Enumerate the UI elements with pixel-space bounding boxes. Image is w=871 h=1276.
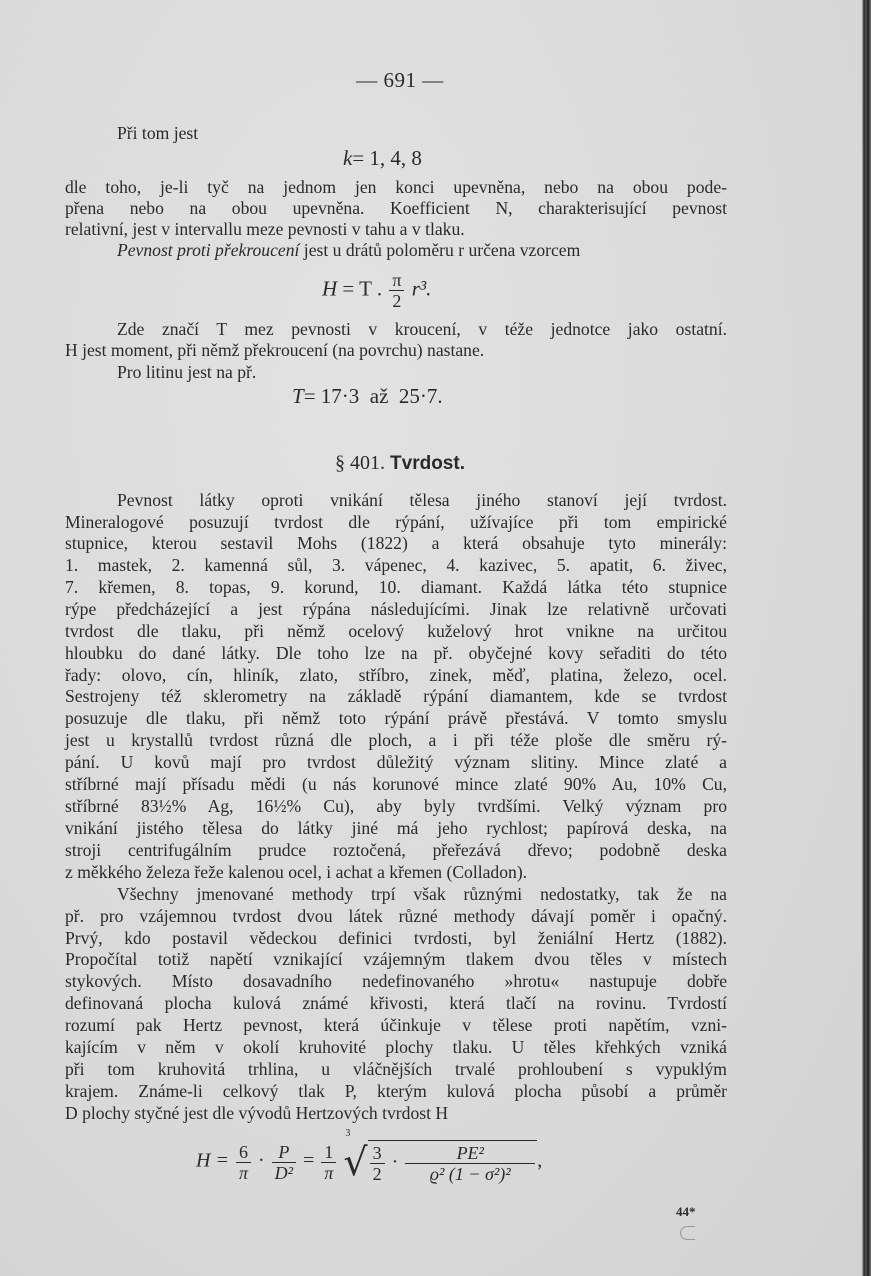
body-line: stříbrné mají přísadu mědi (u nás koruno… [65, 774, 727, 795]
equation-H-lhs: H [322, 276, 337, 300]
body-line: řady: olovo, cín, hliník, zlato, stříbro… [65, 665, 727, 686]
body-line: tvrdost dle tlaku, při němž ocelový kuže… [65, 621, 727, 642]
body-line: Sestrojeny též sklerometry na základě rý… [65, 686, 727, 707]
section-number: § 401. [335, 452, 385, 474]
page-edge [862, 0, 871, 1276]
body-line: krajem. Známe-li celkový tlak P, kterým … [65, 1081, 727, 1102]
equation-k: k= 1, 4, 8 [343, 146, 422, 171]
cube-root: 3√ 32 · PE²ϱ² (1 − σ²)² [343, 1140, 537, 1184]
fraction-denominator: D² [272, 1163, 296, 1183]
equation-T-rhs: = 17·3 až 25·7. [304, 384, 443, 408]
fraction-numerator: π [389, 270, 404, 291]
signature-mark: 44* [676, 1204, 696, 1220]
equation-H-fraction: π 2 [389, 270, 404, 311]
body-line: Prvý, kdo postavil vědeckou definici tvr… [65, 928, 727, 949]
fraction-denominator: 2 [389, 291, 404, 311]
equation-T-lhs: T [292, 384, 304, 408]
section-title: Tvrdost. [390, 453, 465, 474]
body-line: Mineralogové posuzují tvrdost dle rýpání… [65, 512, 727, 533]
hertz-fraction-1: 6π [236, 1142, 251, 1183]
fraction-denominator: π [236, 1163, 251, 1183]
equation-k-rhs: = 1, 4, 8 [352, 146, 422, 170]
paragraph1-line: přena nebo na obou upevněna. Koefficient… [65, 198, 727, 219]
hertz-tail: , [537, 1150, 542, 1172]
body-line: při tom kruhovitá trhlina, u vláčnějších… [65, 1059, 727, 1080]
body-line: stříbrné 83½% Ag, 16½% Cu), aby byly tvr… [65, 796, 727, 817]
body-line: 1. mastek, 2. kamenná sůl, 3. vápenec, 4… [65, 555, 727, 576]
section-heading: § 401. Tvrdost. [0, 452, 800, 475]
fraction-numerator: P [272, 1142, 296, 1163]
body-line: stupnice, kterou sestavil Mohs (1822) a … [65, 533, 727, 554]
equation-H: H = T . π 2 r³. [322, 270, 431, 311]
equation-T: T= 17·3 až 25·7. [292, 384, 443, 409]
paragraph3-line: Zde značí T mez pevnosti v kroucení, v t… [117, 319, 727, 340]
page-number: — 691 — [0, 68, 800, 93]
fraction-numerator: 1 [321, 1142, 336, 1163]
body-line: kajícím v něm v okolí kruhovité plochy t… [65, 1037, 727, 1058]
hertz-dot: · [392, 1151, 399, 1173]
body-line: pání. U kovů mají pro tvrdost důležitý v… [65, 752, 727, 773]
paragraph4: Pro litinu jest na př. [117, 362, 727, 383]
paragraph2-italic: Pevnost proti překroucení [117, 240, 299, 260]
equation-H-tail: r³. [412, 276, 432, 300]
body-line: hloubku do dané látky. Dle toho lze na p… [65, 643, 727, 664]
body-line: Všechny jmenované methody trpí však různ… [117, 884, 727, 905]
body-line: definovaná plocha kulová známé křivosti,… [65, 993, 727, 1014]
root-index: 3 [345, 1128, 350, 1139]
scanned-page: — 691 — Při tom jest k= 1, 4, 8 dle toho… [0, 0, 862, 1276]
body-line: jest u krystallů tvrdost různá dle ploch… [65, 730, 727, 751]
pencil-mark [680, 1226, 695, 1240]
body-line: z měkkého železa řeže kalenou ocel, i ac… [65, 862, 727, 883]
hertz-equals: = [303, 1150, 314, 1172]
body-line: stykových. Místo dosavadního nedefinovan… [65, 971, 727, 992]
hertz-fraction-2: PD² [272, 1142, 296, 1183]
hertz-fraction-3: 1π [321, 1142, 336, 1183]
equation-k-lhs: k [343, 146, 352, 170]
radical-sign-icon: √ [343, 1140, 367, 1184]
body-line: 7. křemen, 8. topas, 9. korund, 10. diam… [65, 577, 727, 598]
hertz-lhs: H = [196, 1150, 229, 1172]
hertz-fraction-5: PE²ϱ² (1 − σ²)² [405, 1143, 535, 1184]
body-line: rozumí pak Hertz pevnost, která účinkuje… [65, 1015, 727, 1036]
radicand: 32 · PE²ϱ² (1 − σ²)² [368, 1140, 538, 1184]
body-line: Pevnost látky oproti vnikání tělesa jiné… [117, 490, 727, 511]
body-line: vnikání jistého tělesa do látky jiné má … [65, 818, 727, 839]
paragraph2-rest: jest u drátů poloměru r určena vzorcem [299, 240, 580, 260]
paragraph3-line: H jest moment, při němž překroucení (na … [65, 340, 727, 361]
equation-hertz: H = 6π · PD² = 1π 3√ 32 · PE²ϱ² (1 − σ²)… [196, 1140, 542, 1184]
body-line: D plochy styčné jest dle vývodů Hertzový… [65, 1103, 727, 1124]
fraction-numerator: 3 [370, 1143, 385, 1164]
body-line: posuzuje dle tlaku, při němž toto rýpání… [65, 708, 727, 729]
fraction-denominator: 2 [370, 1164, 385, 1184]
paragraph2: Pevnost proti překroucení jest u drátů p… [117, 240, 727, 261]
body-line: př. pro vzájemnou tvrdost dvou látek růz… [65, 906, 727, 927]
paragraph1-line: dle toho, je-li tyč na jednom jen konci … [65, 177, 727, 198]
paragraph1-line: relativní, jest v intervallu meze pevnos… [65, 219, 727, 240]
hertz-dot: · [258, 1150, 265, 1172]
body-line: rýpe předcházející a jest rýpána následu… [65, 599, 727, 620]
hertz-fraction-4: 32 [370, 1143, 385, 1184]
fraction-denominator: π [321, 1163, 336, 1183]
fraction-numerator: 6 [236, 1142, 251, 1163]
fraction-denominator: ϱ² (1 − σ²)² [405, 1164, 535, 1184]
body-line: stroji centrifugálním prudce roztočená, … [65, 840, 727, 861]
intro-lead: Při tom jest [117, 123, 727, 144]
equation-H-mid: = T . [342, 276, 382, 300]
fraction-numerator: PE² [405, 1143, 535, 1164]
body-line: Propočítal totiž napětí vznikající vzáje… [65, 949, 727, 970]
